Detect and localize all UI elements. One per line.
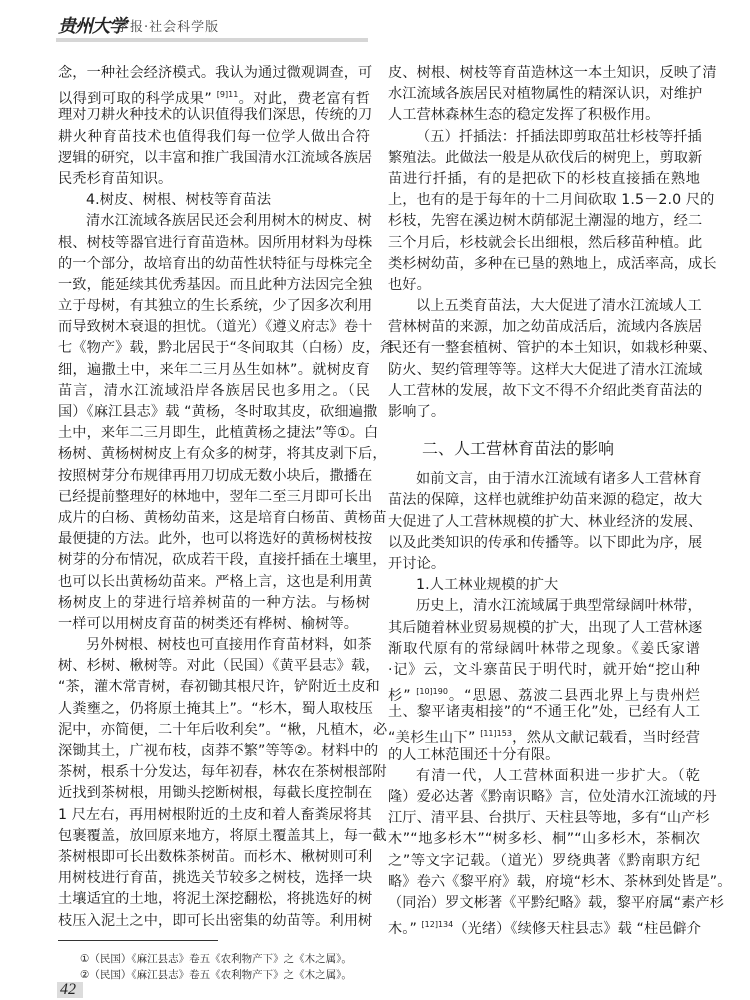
text-line: 清水江流域各族居民还会利用树木的树皮、树 [58, 211, 370, 232]
text-line: 苗言，清水江流域沿岸各族居民也多用之。（民 [58, 381, 370, 402]
footnote-2: ②（民国）《麻江县志》卷五《农利物产下》之《木之属》。 [80, 967, 352, 983]
text-line: 人工营林的发展，故下文不得不介绍此类育苗法的 [388, 381, 700, 402]
text-line: 杨树、黄杨树树皮上有众多的树芽，将其皮剥下后， [58, 444, 370, 465]
left-column: 念，一种社会经济模式。我认为通过微观调查，可以得到可取的科学成果” [9]11。… [58, 63, 370, 932]
footnote-1: ①（民国）《麻江县志》卷五《农利物产下》之《木之属》。 [80, 951, 352, 967]
text-line: 包裹覆盖，放回原来地方，将原土覆盖其上，每一截 [58, 826, 370, 847]
text-line: 念，一种社会经济模式。我认为通过微观调查，可 [58, 63, 370, 84]
text-line: 苗进行扦插，有的是把砍下的杉枝直接插在熟地 [388, 169, 700, 190]
text-line: 近找到茶树根，用锄头挖断树根，每截长度控制在 [58, 783, 370, 804]
text-line: 开讨论。 [388, 554, 700, 575]
footnotes: ①（民国）《麻江县志》卷五《农利物产下》之《木之属》。 ②（民国）《麻江县志》卷… [80, 951, 352, 983]
text-line: 繁殖法。此做法一般是从砍伐后的树兜上，剪取新 [388, 148, 700, 169]
text-line: 人粪壅之，仍将原土掩其上”。“杉木，蜀人取枝压 [58, 699, 370, 720]
text-line: 影响了。 [388, 402, 700, 423]
citation-ref: [11]153 [480, 729, 512, 738]
text-line: 木”“地多杉木”“树多杉、桐”“山多杉木，茶桐次 [388, 829, 700, 850]
text-line: 大促进了人工营林规模的扩大、林业经济的发展、 [388, 512, 700, 533]
text-line: 已经提前整理好的林地中，翌年二至三月即可长出 [58, 487, 370, 508]
text-line: 细，遍撒土中，来年二三月丛生如林”。就树皮育 [58, 360, 370, 381]
text-line: 类杉树幼苗，多种在已垦的熟地上，成活率高，成长 [388, 254, 700, 275]
text-line: 另外树根、树枝也可直接用作育苗材料，如茶 [58, 635, 370, 656]
text-line: 枝压入泥土之中，即可长出密集的幼苗等。利用树 [58, 911, 370, 932]
text-line: 土壤适宜的土地，将泥土深挖翻松，将挑选好的树 [58, 889, 370, 910]
text-line: 略》卷六《黎平府》载，府境“杉木、茶林到处皆是”。 [388, 872, 700, 893]
text-line: 最便捷的方法。此外，也可以将选好的黄杨树枝按 [58, 529, 370, 550]
text-line: 之”等文字记载。（道光）罗绕典著《黔南职方纪 [388, 851, 700, 872]
text-line: 有清一代，人工营林面积进一步扩大。（乾 [388, 766, 700, 787]
text-line: ·记》云，文斗寨苗民于明代时，就开始“挖山种 [388, 660, 700, 681]
citation-ref: [10]190 [416, 687, 448, 696]
text-line: 杨树皮上的芽进行培养树苗的一种方法。与杨树 [58, 593, 370, 614]
header-rule [56, 38, 368, 42]
text-line: 茶树，根系十分发达，每年初春，林农在茶树根部附 [58, 762, 370, 783]
text-line: 的一个部分，故培育出的幼苗性状特征与母株完全 [58, 254, 370, 275]
text-line: 苗法的保障，这样也就维护幼苗来源的稳定，故大 [388, 490, 700, 511]
text-line: 上，也有的是于每年的十二月间砍取 1.5－2.0 尺的 [388, 190, 700, 211]
text-line: 渐取代原有的常绿阔叶林带之现象。《姜氏家谱 [388, 639, 700, 660]
right-column-bottom: 如前文言，由于清水江流域有诸多人工营林育苗法的保障，这样也就维护幼苗来源的稳定，… [388, 469, 700, 935]
text-line: 也可以长出黄杨幼苗来。严格上言，这也是利用黄 [58, 572, 370, 593]
text-line: 人工营林森林生态的稳定发挥了积极作用。 [388, 105, 700, 126]
right-column: 皮、树根、树枝等育苗造林这一本土知识，反映了清水江流域各族居民对植物属性的精深认… [388, 63, 700, 935]
text-line: 也好。 [388, 275, 700, 296]
journal-header: 贵州大学 学报·社会科学版 [56, 8, 368, 36]
text-line: 杉” [10]190。“思恩、荔波二县西北界上与贵州烂 [388, 681, 700, 702]
text-line: 木。” [12]134（光绪）《续修天柱县志》载 “柱邑僻介 [388, 914, 700, 935]
text-line: （五）扦插法：扦插法即剪取茁壮杉枝等扦插 [388, 127, 700, 148]
text-line: 立于母树，有其独立的生长系统，少了因多次利用 [58, 296, 370, 317]
text-line: 逻辑的研究，以丰富和推广我国清水江流域各族居 [58, 148, 370, 169]
section-title: 二、人工营林育苗法的影响 [388, 431, 700, 467]
text-line: 七《物产》载，黔北居民于“冬间取其（白杨）皮，斧 [58, 338, 370, 359]
page-number: 42 [57, 982, 83, 998]
text-line: 如前文言，由于清水江流域有诸多人工营林育 [388, 469, 700, 490]
text-line: 深锄其土，广视布枝，卤莽不繁”等等②。材料中的 [58, 741, 370, 762]
text-line: （同治）罗文彬著《平黔纪略》载，黎平府属“素产杉 [388, 893, 700, 914]
right-column-top: 皮、树根、树枝等育苗造林这一本土知识，反映了清水江流域各族居民对植物属性的精深认… [388, 63, 700, 423]
text-line: 其后随着林业贸易规模的扩大，出现了人工营林逐 [388, 618, 700, 639]
text-line: 根、树枝等器官进行育苗造林。因所用材料为母株 [58, 233, 370, 254]
text-line: 树芽的分布情况，砍成若干段，直接扦插在土壤里， [58, 550, 370, 571]
text-line: 土、黎平诸夷相接”的“不通王化”处，已经有人工 [388, 702, 700, 723]
text-line: 以上五类育苗法，大大促进了清水江流域人工 [388, 296, 700, 317]
journal-name: 学报·社会科学版 [116, 16, 219, 35]
text-line: 理对刀耕火种技术的认识值得我们深思，传统的刀 [58, 105, 370, 126]
text-line: 用树枝进行育苗，挑选关节较多之树枝，选择一块 [58, 868, 370, 889]
text-line: 耕火种育苗技术也值得我们每一位学人做出合符 [58, 127, 370, 148]
text-line: 营林树苗的来源，加之幼苗成活后，流域内各族居 [388, 317, 700, 338]
text-line: 成片的白杨、黄杨幼苗来，这是培育白杨苗、黄杨苗 [58, 508, 370, 529]
text-line: 民秃杉育苗知识。 [58, 169, 370, 190]
text-line: 三个月后，杉枝就会长出细根，然后移苗种植。此 [388, 233, 700, 254]
text-line: 树、杉树、楸树等。对此（民国）《黄平县志》载， [58, 656, 370, 677]
text-line: “茶，灌木常青树，春初锄其根尺许，铲附近土皮和 [58, 677, 370, 698]
text-line: 而导致树木衰退的担忧。（道光）《遵义府志》卷十 [58, 317, 370, 338]
text-line: 土中，来年二三月即生，此植黄杨之捷法”等①。白 [58, 423, 370, 444]
text-line: 隆）爱必达著《黔南识略》言，位处清水江流域的丹 [388, 787, 700, 808]
citation-ref: [12]134 [422, 920, 454, 929]
text-line: 杉枝，先窖在溪边树木荫郁泥土潮湿的地方，经二 [388, 211, 700, 232]
subsection-heading: 4.树皮、树根、树枝等育苗法 [58, 190, 370, 211]
text-line: 一样可以用树皮育苗的树类还有桦树、榆树等。 [58, 614, 370, 635]
text-line: 1 尺左右，再用树根附近的土皮和着人畜粪尿将其 [58, 805, 370, 826]
text-line: 皮、树根、树枝等育苗造林这一本土知识，反映了清 [388, 63, 700, 84]
citation-ref: [9]11 [217, 90, 239, 99]
text-line: 国）《麻江县志》载 “黄杨，冬时取其皮，砍细遍撒 [58, 402, 370, 423]
text-line: 历史上，清水江流域属于典型常绿阔叶林带， [388, 596, 700, 617]
text-line: 江厅、清平县、台拱厅、天柱县等地，多有“山产杉 [388, 808, 700, 829]
text-line: 茶树根即可长出数株茶树苗。而杉木、楸树则可利 [58, 847, 370, 868]
text-line: 以得到可取的科学成果” [9]11。对此，费老富有哲 [58, 84, 370, 105]
subsection-heading: 1.人工林业规模的扩大 [388, 575, 700, 596]
text-line: 防火、契约管理等等。这样大大促进了清水江流域 [388, 360, 700, 381]
text-line: 以及此类知识的传承和传播等。以下即此为序，展 [388, 533, 700, 554]
text-line: 民还有一整套植树、管护的本土知识，如栽杉种粟、 [388, 338, 700, 359]
text-line: 按照树芽分布规律再用刀切成无数小块后，撒播在 [58, 466, 370, 487]
text-line: 水江流域各族居民对植物属性的精深认识，对维护 [388, 84, 700, 105]
text-line: 的人工林范围还十分有限。 [388, 745, 700, 766]
footnote-divider [58, 940, 218, 941]
text-line: 泥中，亦简便，二十年后收利矣”。“楸，凡植木，必 [58, 720, 370, 741]
text-line: 一致，能延续其优秀基因。而且此种方法因完全独 [58, 275, 370, 296]
text-line: “美杉生山下” [11]153，然从文献记载看，当时经营 [388, 723, 700, 744]
